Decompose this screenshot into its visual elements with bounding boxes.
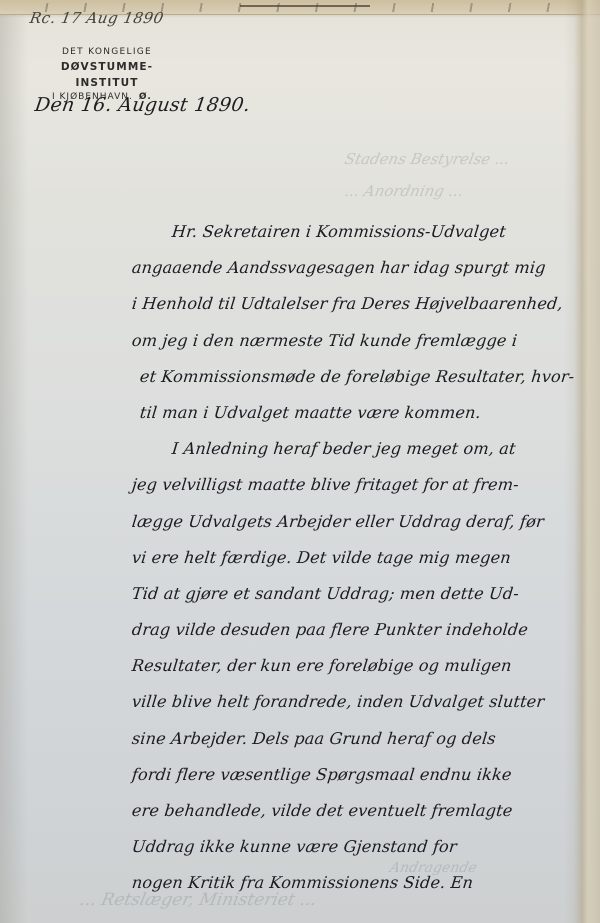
body-line: Tid at gjøre et sandant Uddrag; men dett… (130, 576, 579, 612)
body-line: Resultater, der kun ere foreløbige og mu… (130, 648, 579, 684)
body-line: Hr. Sekretairen i Kommissions-Udvalget (130, 214, 579, 250)
body-line: ville blive helt forandrede, inden Udval… (130, 684, 579, 720)
underline-mark (240, 2, 370, 7)
letter-body: Hr. Sekretairen i Kommissions-Udvalget a… (130, 214, 575, 902)
body-line: angaaende Aandssvagesagen har idag spurg… (130, 250, 579, 286)
body-line: til man i Udvalget maatte være kommen. (130, 395, 579, 431)
document-page: Stadens Bestyrelse ... ... Anordning ...… (0, 0, 600, 923)
body-line: Uddrag ikke kunne være Gjenstand for (130, 829, 579, 865)
body-line: I Anledning heraf beder jeg meget om, at (130, 431, 579, 467)
body-line: drag vilde desuden paa flere Punkter ind… (130, 612, 579, 648)
bleed-through-text: ... Anordning ... (343, 182, 465, 200)
body-line: lægge Udvalgets Arbejder eller Uddrag de… (130, 504, 579, 540)
letter-date: Den 16. August 1890. (33, 94, 251, 116)
body-line: vi ere helt færdige. Det vilde tage mig … (130, 540, 579, 576)
body-line: nogen Kritik fra Kommissionens Side. En (130, 865, 579, 901)
body-line: om jeg i den nærmeste Tid kunde fremlægg… (130, 323, 579, 359)
letterhead-institution: DØVSTUMME-INSTITUT (32, 59, 182, 91)
body-line: jeg velvilligst maatte blive fritaget fo… (130, 467, 579, 503)
received-stamp-note: Rc. 17 Aug 1890 (28, 9, 165, 27)
body-line: sine Arbejder. Dels paa Grund heraf og d… (130, 721, 579, 757)
body-line: i Henhold til Udtalelser fra Deres Højve… (130, 286, 579, 322)
body-line: fordi flere væsentlige Spørgsmaal endnu … (130, 757, 579, 793)
body-line: ere behandlede, vilde det eventuelt frem… (130, 793, 579, 829)
body-line: et Kommissionsmøde de foreløbige Resulta… (130, 359, 579, 395)
letterhead-line-1: DET KONGELIGE (32, 46, 182, 59)
bleed-through-text: Stadens Bestyrelse ... (343, 150, 511, 168)
